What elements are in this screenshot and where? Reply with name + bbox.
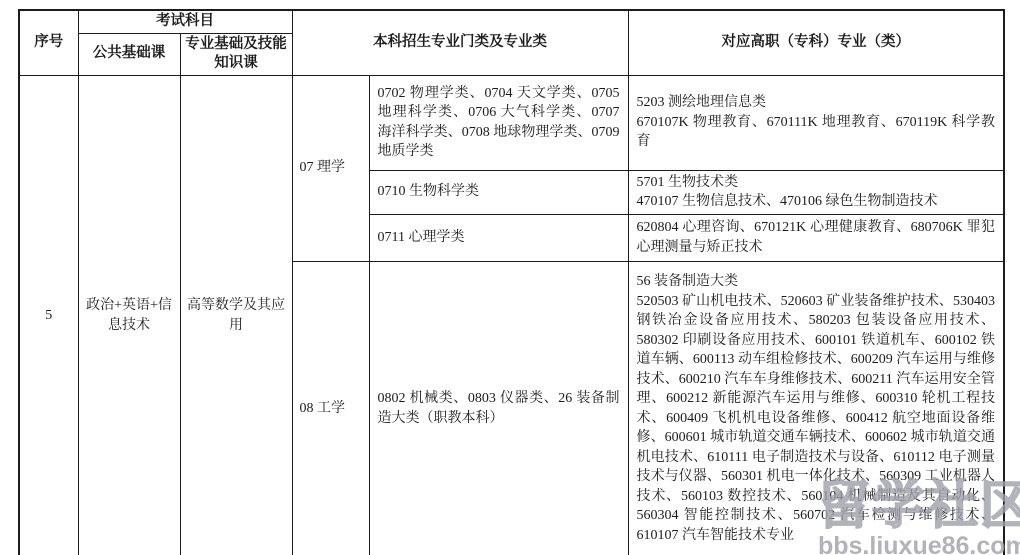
table-row: 5 政治+英语+信息技术 高等数学及其应用 07 理学 0702 物理学类、07… — [19, 75, 1004, 170]
header-exam-subjects: 考试科目 — [78, 10, 292, 33]
header-skill-course: 专业基础及技能知识课 — [180, 33, 292, 75]
majors-mapping-table: 序号 考试科目 本科招生专业门类及专业类 对应高职（专科）专业（类） 公共基础课… — [18, 9, 1005, 555]
cell-vocational-science-3: 620804 心理咨询、670121K 心理健康教育、680706K 罪犯心理测… — [628, 214, 1004, 261]
cell-vocational-science-2: 5701 生物技术类 470107 生物信息技术、470106 绿色生物制造技术 — [628, 170, 1004, 214]
cell-majors-science-2: 0710 生物科学类 — [369, 170, 628, 214]
cell-category-engineering: 08 工学 — [292, 261, 369, 555]
cell-public-course: 政治+英语+信息技术 — [78, 75, 180, 555]
cell-majors-engineering: 0802 机械类、0803 仪器类、26 装备制造大类（职教本科） — [369, 261, 628, 555]
header-public-course: 公共基础课 — [78, 33, 180, 75]
header-undergrad-majors: 本科招生专业门类及专业类 — [292, 10, 628, 75]
cell-serial-number: 5 — [19, 75, 78, 555]
header-row-top: 序号 考试科目 本科招生专业门类及专业类 对应高职（专科）专业（类） — [19, 10, 1004, 33]
document-page: 序号 考试科目 本科招生专业门类及专业类 对应高职（专科）专业（类） 公共基础课… — [0, 0, 1020, 555]
cell-majors-science-1: 0702 物理学类、0704 天文学类、0705 地理科学类、0706 大气科学… — [369, 75, 628, 170]
cell-majors-science-3: 0711 心理学类 — [369, 214, 628, 261]
cell-category-science: 07 理学 — [292, 75, 369, 261]
cell-vocational-science-1: 5203 测绘地理信息类 670107K 物理教育、670111K 地理教育、6… — [628, 75, 1004, 170]
cell-vocational-engineering: 56 装备制造大类 520503 矿山机电技术、520603 矿业装备维护技术、… — [628, 261, 1004, 555]
header-vocational-majors: 对应高职（专科）专业（类） — [628, 10, 1004, 75]
header-xuhao: 序号 — [19, 10, 78, 75]
cell-skill-course: 高等数学及其应用 — [180, 75, 292, 555]
